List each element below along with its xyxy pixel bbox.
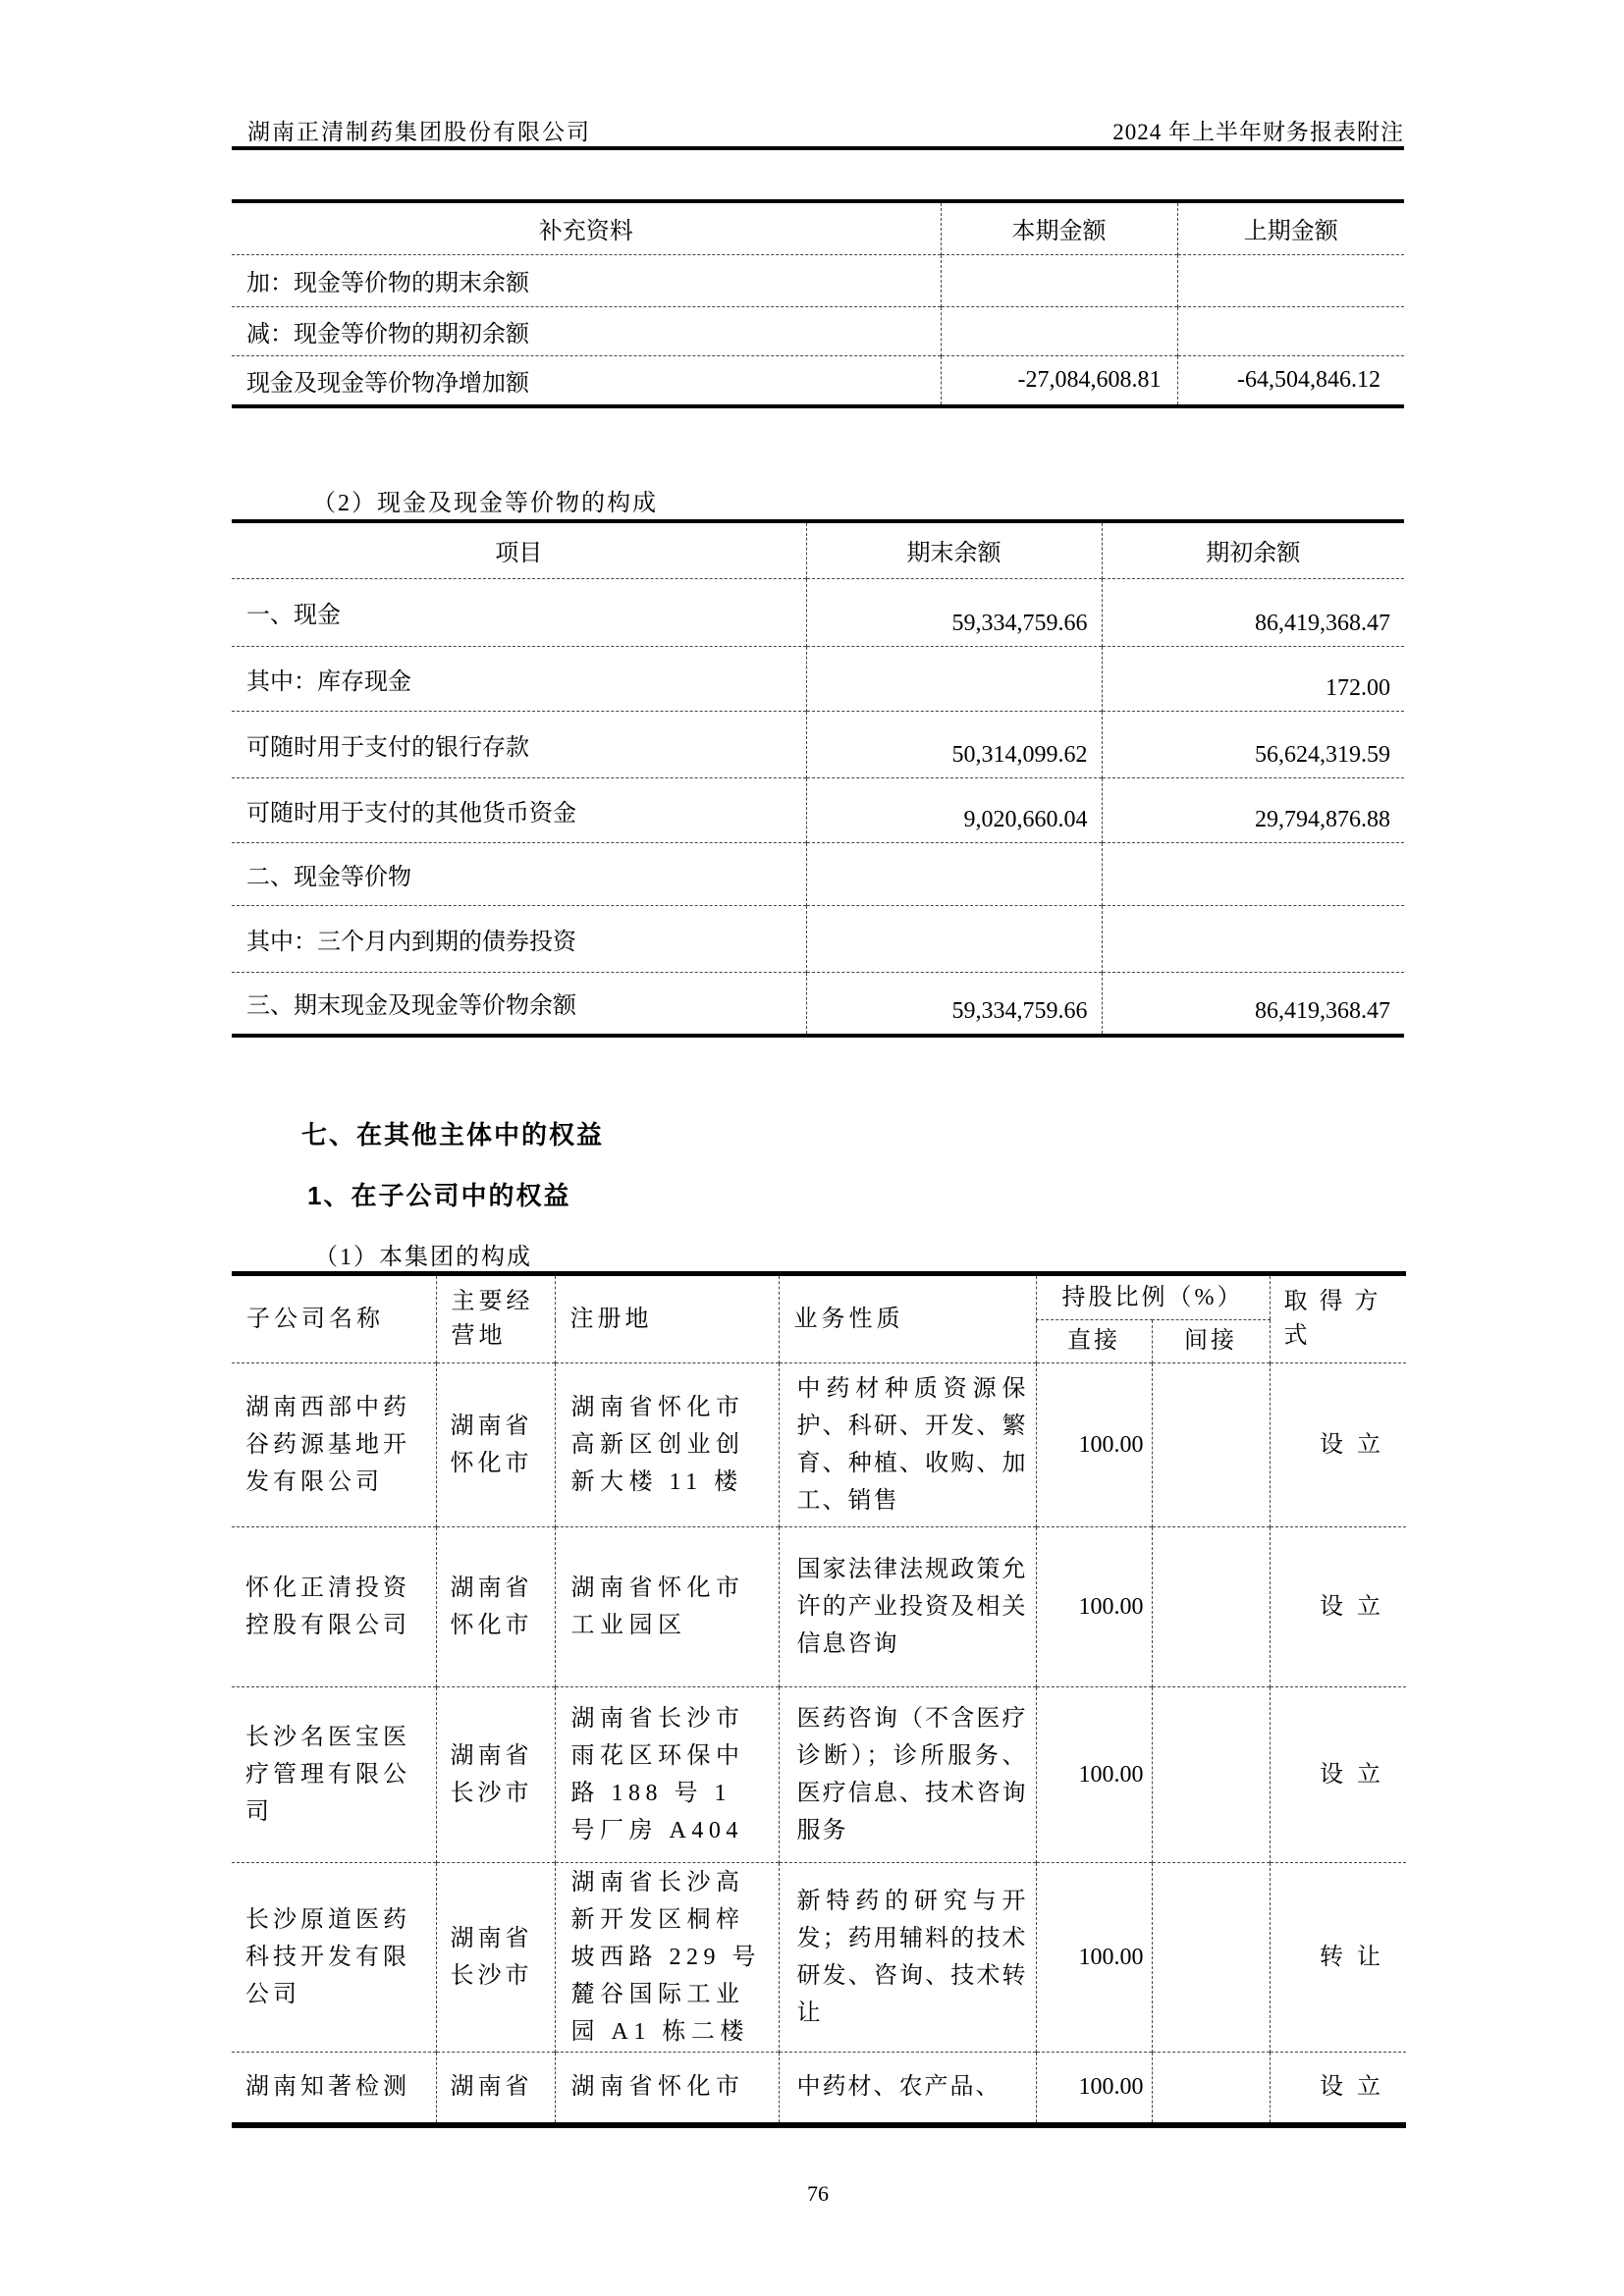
page-number: 76 [232,2181,1404,2207]
subsidiary-main-place: 湖南省怀化市 [436,1363,555,1527]
subsidiaries-table: 子公司名称 主要经 营地 注册地 业务性质 持股比例（%） 取得方 式 直接 间… [232,1271,1406,2128]
col-header-shareholding-ratio: 持股比例（%） [1036,1274,1270,1320]
table-row: 可随时用于支付的银行存款 50,314,099.62 56,624,319.59 [232,711,1404,777]
row-current-value: -27,084,608.81 [941,355,1177,406]
subsidiary-registered-place: 湖南省怀化市高新区创业创新大楼 11 楼 [555,1363,779,1527]
subsidiary-direct-ratio: 100.00 [1036,1363,1152,1527]
subsidiary-direct-ratio: 100.00 [1036,1863,1152,2053]
row-prior-value [1177,306,1404,355]
item-title-group-composition: （1）本集团的构成 [314,1237,532,1271]
header-report-title: 2024 年上半年财务报表附注 [1112,114,1404,146]
row-prior-value [1177,254,1404,306]
col-header-registered-place: 注册地 [555,1274,779,1363]
row-ending-value: 9,020,660.04 [806,777,1102,842]
row-beginning-value: 29,794,876.88 [1102,777,1404,842]
table-row: 湖南西部中药谷药源基地开发有限公司 湖南省怀化市 湖南省怀化市高新区创业创新大楼… [232,1363,1406,1527]
col-header-subsidiary-name: 子公司名称 [232,1274,436,1363]
table-row: 一、现金 59,334,759.66 86,419,368.47 [232,578,1404,646]
subsidiary-name: 长沙名医宝医疗管理有限公司 [232,1687,436,1863]
row-label: 一、现金 [232,578,806,646]
row-beginning-value [1102,905,1404,972]
col-header-indirect: 间接 [1152,1320,1270,1363]
subsidiary-direct-ratio: 100.00 [1036,1687,1152,1863]
subsidiary-indirect-ratio [1152,1863,1270,2053]
table-row: 现金及现金等价物净增加额 -27,084,608.81 -64,504,846.… [232,355,1404,406]
table-row: 减：现金等价物的期初余额 [232,306,1404,355]
subsidiary-registered-place: 湖南省长沙高新开发区桐梓坡西路 229 号麓谷国际工业园 A1 栋二楼 [555,1863,779,2053]
subsidiary-acquisition-method: 设立 [1270,1363,1406,1527]
table-row: 加：现金等价物的期末余额 [232,254,1404,306]
subsidiary-name: 长沙原道医药科技开发有限公司 [232,1863,436,2053]
subsidiary-name: 湖南西部中药谷药源基地开发有限公司 [232,1363,436,1527]
row-label: 减：现金等价物的期初余额 [232,306,941,355]
row-current-value [941,254,1177,306]
table-row: 其中：库存现金 172.00 [232,646,1404,711]
col-header-direct: 直接 [1036,1320,1152,1363]
cash-composition-table: 项目 期末余额 期初余额 一、现金 59,334,759.66 86,419,3… [232,519,1404,1038]
row-ending-value: 59,334,759.66 [806,972,1102,1036]
table-row: 长沙原道医药科技开发有限公司 湖南省长沙市 湖南省长沙高新开发区桐梓坡西路 22… [232,1863,1406,2053]
subsidiary-business-nature: 医药咨询（不含医疗诊断）；诊所服务、医疗信息、技术咨询服务 [779,1687,1036,1863]
subsidiary-business-nature: 中药材种质资源保护、科研、开发、繁育、种植、收购、加工、销售 [779,1363,1036,1527]
subsidiary-main-place: 湖南省长沙市 [436,1687,555,1863]
table-row: 三、期末现金及现金等价物余额 59,334,759.66 86,419,368.… [232,972,1404,1036]
subsidiary-registered-place: 湖南省怀化市 [555,2053,779,2125]
table-header-row: 子公司名称 主要经 营地 注册地 业务性质 持股比例（%） 取得方 式 [232,1274,1406,1320]
table-row: 湖南知著检测 湖南省 湖南省怀化市 中药材、农产品、 100.00 设立 [232,2053,1406,2125]
section-title-cash-composition: （2）现金及现金等价物的构成 [312,483,658,517]
row-label: 二、现金等价物 [232,842,806,905]
subsidiary-direct-ratio: 100.00 [1036,2053,1152,2125]
col-header-main-place: 主要经 营地 [436,1274,555,1363]
subsidiary-indirect-ratio [1152,1687,1270,1863]
row-ending-value: 50,314,099.62 [806,711,1102,777]
table-row: 其中：三个月内到期的债券投资 [232,905,1404,972]
row-label: 可随时用于支付的其他货币资金 [232,777,806,842]
row-beginning-value: 56,624,319.59 [1102,711,1404,777]
subsidiary-acquisition-method: 设立 [1270,1527,1406,1687]
document-page: 湖南正清制药集团股份有限公司 2024 年上半年财务报表附注 补充资料 本期金额… [0,0,1624,2296]
subsidiary-direct-ratio: 100.00 [1036,1527,1152,1687]
table-row: 可随时用于支付的其他货币资金 9,020,660.04 29,794,876.8… [232,777,1404,842]
subsidiary-business-nature: 国家法律法规政策允许的产业投资及相关信息咨询 [779,1527,1036,1687]
table-row: 怀化正清投资控股有限公司 湖南省怀化市 湖南省怀化市工业园区 国家法律法规政策允… [232,1527,1406,1687]
subsidiary-business-nature: 中药材、农产品、 [779,2053,1036,2125]
subsidiary-acquisition-method: 设立 [1270,1687,1406,1863]
subsidiary-name: 湖南知著检测 [232,2053,436,2125]
col-header-item: 项目 [232,521,806,578]
row-label: 其中：库存现金 [232,646,806,711]
subsidiary-name: 怀化正清投资控股有限公司 [232,1527,436,1687]
row-beginning-value: 172.00 [1102,646,1404,711]
col-header-business-nature: 业务性质 [779,1274,1036,1363]
col-header-beginning-balance: 期初余额 [1102,521,1404,578]
subsidiary-acquisition-method: 设立 [1270,2053,1406,2125]
subsidiary-registered-place: 湖南省长沙市雨花区环保中路 188 号 1 号厂房 A404 [555,1687,779,1863]
row-beginning-value: 86,419,368.47 [1102,972,1404,1036]
row-label: 现金及现金等价物净增加额 [232,355,941,406]
row-prior-value: -64,504,846.12 [1177,355,1404,406]
table-row: 长沙名医宝医疗管理有限公司 湖南省长沙市 湖南省长沙市雨花区环保中路 188 号… [232,1687,1406,1863]
subsidiary-business-nature: 新特药的研究与开发；药用辅料的技术研发、咨询、技术转让 [779,1863,1036,2053]
subsidiary-registered-place: 湖南省怀化市工业园区 [555,1527,779,1687]
table-row: 二、现金等价物 [232,842,1404,905]
subsidiary-indirect-ratio [1152,1363,1270,1527]
row-label: 可随时用于支付的银行存款 [232,711,806,777]
section-heading-interests: 七、在其他主体中的权益 [301,1115,604,1151]
header-company-name: 湖南正清制药集团股份有限公司 [247,114,591,146]
row-label: 加：现金等价物的期末余额 [232,254,941,306]
row-beginning-value [1102,842,1404,905]
col-header-supplement: 补充资料 [232,201,941,254]
subsidiary-acquisition-method: 转让 [1270,1863,1406,2053]
row-ending-value [806,905,1102,972]
table-header-row: 项目 期末余额 期初余额 [232,521,1404,578]
supplement-table: 补充资料 本期金额 上期金额 加：现金等价物的期末余额 减：现金等价物的期初余额… [232,199,1404,408]
row-ending-value: 59,334,759.66 [806,578,1102,646]
row-ending-value [806,646,1102,711]
subsidiary-indirect-ratio [1152,2053,1270,2125]
row-label: 其中：三个月内到期的债券投资 [232,905,806,972]
subsection-heading-subsidiaries: 1、在子公司中的权益 [307,1176,570,1212]
row-current-value [941,306,1177,355]
subsidiary-indirect-ratio [1152,1527,1270,1687]
col-header-ending-balance: 期末余额 [806,521,1102,578]
subsidiary-main-place: 湖南省长沙市 [436,1863,555,2053]
table-header-row: 补充资料 本期金额 上期金额 [232,201,1404,254]
header-rule [232,146,1404,150]
col-header-prior-amount: 上期金额 [1177,201,1404,254]
col-header-acquisition-method: 取得方 式 [1270,1274,1406,1363]
subsidiary-main-place: 湖南省怀化市 [436,1527,555,1687]
row-label: 三、期末现金及现金等价物余额 [232,972,806,1036]
col-header-current-amount: 本期金额 [941,201,1177,254]
subsidiary-main-place: 湖南省 [436,2053,555,2125]
row-beginning-value: 86,419,368.47 [1102,578,1404,646]
row-ending-value [806,842,1102,905]
